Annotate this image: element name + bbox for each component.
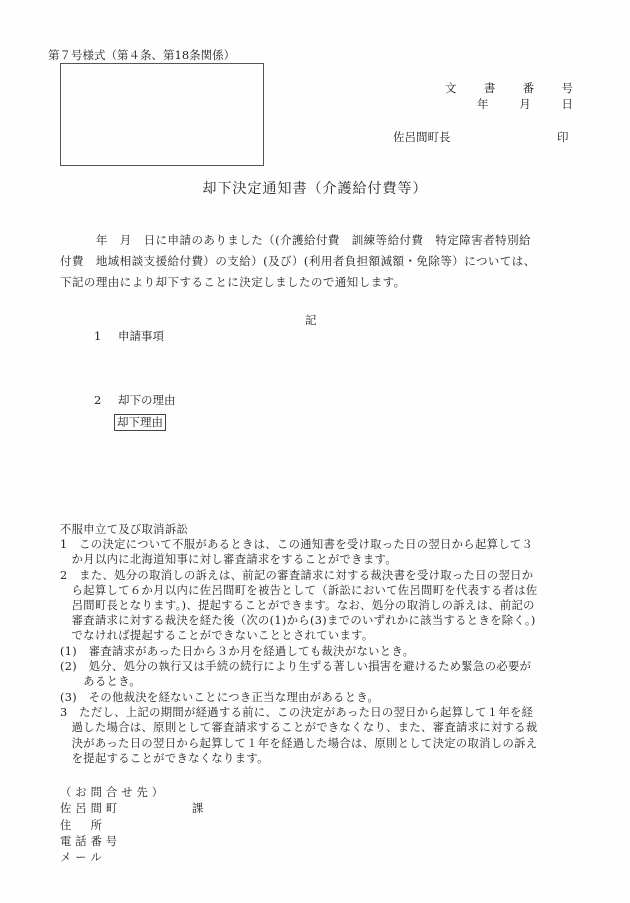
- contact-section: 課: [192, 800, 207, 816]
- date-day: 日: [562, 96, 574, 112]
- notice-line: (3) その他裁決を経ないことにつき正当な理由があるとき。: [60, 689, 379, 705]
- reason-field[interactable]: 却下理由: [114, 414, 166, 431]
- doc-label: 番: [523, 80, 535, 96]
- notice-line: 呂間町長となります。)、提起することができます。なお、処分の取消しの訴えは、前記…: [60, 597, 535, 613]
- contact-town: 佐呂間町: [60, 800, 121, 816]
- body-line: 下記の理由により却下することに決定しましたので通知します。: [60, 274, 406, 290]
- notice-line: 3 ただし、上記の期間が経過する前に、この決定があった日の翌日から起算して１年を…: [60, 704, 533, 720]
- item-application: 1申請事項: [94, 328, 164, 344]
- item-reason: 2却下の理由: [94, 392, 176, 408]
- notice-line: でなければ提起することができないこととされています。: [60, 627, 374, 643]
- seal-mark: 印: [557, 129, 569, 145]
- item-label: 却下の理由: [118, 393, 176, 407]
- notice-line: ら起算して６か月以内に佐呂間町を被告として（訴訟において佐呂間町を代表する者は佐: [60, 582, 538, 598]
- document-title: 却下決定通知書（介護給付費等）: [0, 178, 630, 198]
- doc-label: 号: [561, 80, 573, 96]
- notice-line: か月以内に北海道知事に対し審査請求をすることができます。: [60, 551, 397, 567]
- contact-phone: 電話番号: [60, 833, 121, 849]
- document-number: 文 書 番 号: [445, 80, 573, 96]
- contact-address: 住 所: [60, 817, 106, 833]
- notice-line: 1 この決定について不服があるときは、この通知書を受け取った日の翌日から起算して…: [60, 536, 533, 552]
- notice-heading: 不服申立て及び取消訴訟: [60, 521, 188, 537]
- item-number: 2: [94, 393, 118, 407]
- item-number: 1: [94, 329, 118, 343]
- body-line: 年 月 日に申請のありました（(介護給付費 訓練等給付費 特定障害者特別給: [60, 232, 531, 248]
- contact-email: メール: [60, 849, 106, 865]
- notice-line: を提起することができなくなります。: [60, 750, 269, 766]
- notice-line: 過した場合は、原則として審査請求することができなくなり、また、審査請求に対する裁: [60, 719, 538, 735]
- date-month: 月: [519, 96, 531, 112]
- item-label: 申請事項: [118, 329, 164, 343]
- notice-line: 審査請求に対する裁決を経た後（次の(1)から(3)までのいずれかに該当するときを…: [60, 612, 536, 628]
- doc-label: 文: [445, 80, 457, 96]
- ki-marker: 記: [305, 312, 317, 328]
- stamp-box: [60, 63, 264, 166]
- notice-line: (1) 審査請求があった日から３か月を経過しても裁決がないとき。: [60, 643, 414, 659]
- date-year: 年: [477, 96, 489, 112]
- form-number: 第７号様式（第４条、第18条関係）: [48, 47, 235, 63]
- notice-line: 2 また、処分の取消しの訴えは、前記の審査請求に対する裁決書を受け取った日の翌日…: [60, 567, 533, 583]
- doc-label: 書: [484, 80, 496, 96]
- notice-line: 決があった日の翌日から起算して１年を経過した場合は、原則として決定の取消しの訴え: [60, 735, 537, 751]
- notice-line: (2) 処分、処分の執行又は手続の続行により生ずる著しい損害を避けるため緊急の必…: [60, 658, 531, 674]
- issuer: 佐呂間町長: [393, 129, 451, 145]
- issue-date: 年 月 日: [477, 96, 573, 112]
- contact-heading: （お問合せ先）: [60, 784, 167, 800]
- notice-line: あるとき。: [60, 673, 141, 689]
- body-line: 付費 地域相談支援給付費）の支給）(及び）(利用者負担額減額・免除等）については…: [60, 253, 536, 269]
